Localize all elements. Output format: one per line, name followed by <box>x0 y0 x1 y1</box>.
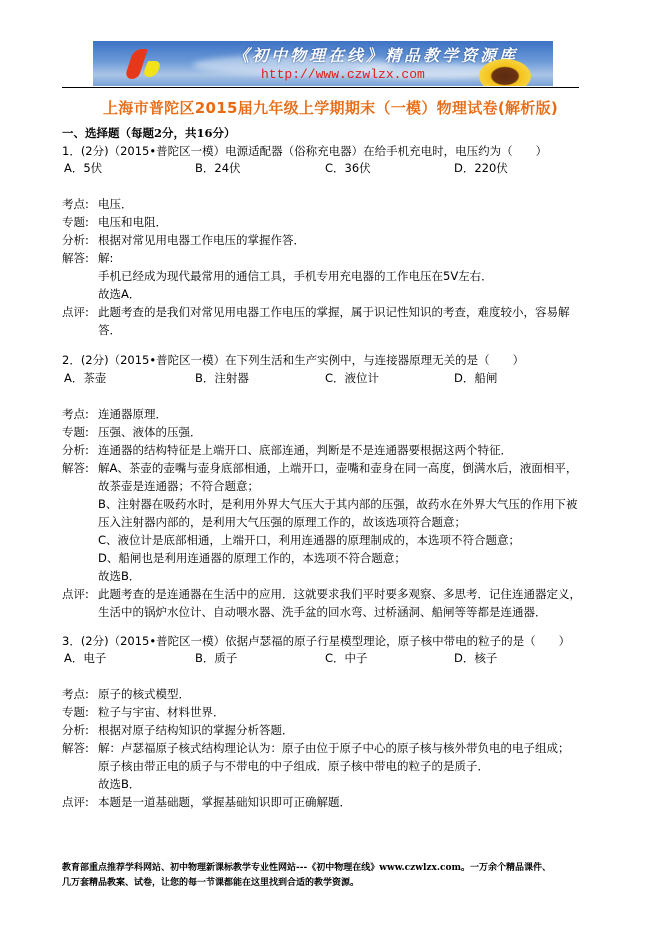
q1-kaodian-label: 考点: <box>62 197 89 211</box>
q3-kaodian-label: 考点: <box>62 687 89 701</box>
q3-jieda-label: 解答: <box>62 741 89 755</box>
footer-line: 教育部重点推荐学科网站、初中物理新课标教学专业性网站---《初中物理在线》www… <box>62 862 551 874</box>
q2-jieda-line: B、注射器在吸药水时，是利用外界大气压大于其内部的压强，故药水在外界大气压的作用… <box>98 497 577 511</box>
q2-option-b: B．注射器 <box>195 371 249 385</box>
q1-option-b: B．24伏 <box>195 161 241 175</box>
q1-dianping-line: 答． <box>98 323 121 337</box>
q1-option-a: A．5伏 <box>64 161 102 175</box>
q1-kaodian: 电压． <box>98 197 133 211</box>
q2-zhuanti: 压强、液体的压强． <box>98 425 202 439</box>
q1-option-c: C．36伏 <box>325 161 371 175</box>
logo-yellow-icon <box>142 61 162 77</box>
footer-line: 几万套精品教案、试卷，让您的每一节课都能在这里找到合适的教学资源。 <box>62 877 359 889</box>
q1-zhuanti: 电压和电阻． <box>98 215 167 229</box>
q2-fenxi: 连通器的结构特征是上端开口、底部连通，判断是不是连通器要根据这两个特征． <box>98 443 512 457</box>
banner-url[interactable]: http://www.czwlzx.com <box>261 67 425 82</box>
q2-kaodian-label: 考点: <box>62 407 89 421</box>
q3-option-d: D．核子 <box>454 651 497 665</box>
header-rule <box>62 87 579 88</box>
q1-option-d: D．220伏 <box>454 161 508 175</box>
question-1-stem: 1．(2分)（2015•普陀区一模）电源适配器（俗称充电器）在给手机充电时，电压… <box>62 144 547 158</box>
header-banner: 《初中物理在线》精品教学资源库 http://www.czwlzx.com <box>93 41 553 86</box>
q1-dianping-label: 点评: <box>62 305 89 319</box>
q2-jieda-line: 故茶壶是连通器；不符合题意； <box>98 479 259 493</box>
q2-fenxi-label: 分析: <box>62 443 89 457</box>
q3-jieda-line: 原子核由带正电的质子与不带电的中子组成．原子核中带电的粒子的是质子． <box>98 759 489 773</box>
q2-jieda-line: C、液位计是底部相通，上端开口，利用连通器的原理制成的，本选项不符合题意； <box>98 533 520 547</box>
q2-jieda-line: 压入注射器内部的，是利用大气压强的原理工作的，故该选项符合题意； <box>98 515 466 529</box>
banner-title: 《初中物理在线》精品教学资源库 <box>233 43 518 66</box>
question-3-stem: 3．(2分)（2015•普陀区一模）依据卢瑟福的原子行星模型理论，原子核中带电的… <box>62 634 570 648</box>
q1-jieda-line: 解: <box>98 251 113 265</box>
q3-zhuanti-label: 专题: <box>62 705 89 719</box>
q3-fenxi: 根据对原子结构知识的掌握分析答题． <box>98 723 294 737</box>
q1-fenxi-label: 分析: <box>62 233 89 247</box>
q3-fenxi-label: 分析: <box>62 723 89 737</box>
q3-dianping-line: 本题是一道基础题，掌握基础知识即可正确解题． <box>98 795 351 809</box>
q3-option-b: B．质子 <box>195 651 237 665</box>
q3-dianping-label: 点评: <box>62 795 89 809</box>
q3-option-c: C．中子 <box>325 651 368 665</box>
q1-jieda-label: 解答: <box>62 251 89 265</box>
q2-jieda-line: 故选B． <box>98 569 140 583</box>
q2-option-d: D．船闸 <box>454 371 497 385</box>
q1-jieda-line: 故选A． <box>98 287 140 301</box>
q3-option-a: A．电子 <box>64 651 106 665</box>
sunflower-icon <box>479 59 531 86</box>
q3-jieda-line: 解：卢瑟福原子核式结构理论认为：原子由位于原子中心的原子核与核外带负电的电子组成… <box>98 741 570 755</box>
q2-jieda-line: 解A、茶壶的壶嘴与壶身底部相通，上端开口，壶嘴和壶身在同一高度，倒满水后，液面相… <box>98 461 577 475</box>
q3-jieda-line: 故选B． <box>98 777 140 791</box>
q2-jieda-label: 解答: <box>62 461 89 475</box>
q2-option-c: C．液位计 <box>325 371 379 385</box>
q2-dianping-line: 生活中的锅炉水位计、自动喂水器、洗手盆的回水弯、过桥涵洞、船闸等等都是连通器． <box>98 605 547 619</box>
section-heading: 一、选择题（每题2分，共16分） <box>62 126 236 140</box>
question-2-stem: 2．(2分)（2015•普陀区一模）在下列生活和生产实例中，与连接器原理无关的是… <box>62 353 524 367</box>
q1-fenxi: 根据对常见用电器工作电压的掌握作答． <box>98 233 305 247</box>
q2-zhuanti-label: 专题: <box>62 425 89 439</box>
q3-zhuanti: 粒子与宇宙、材料世界． <box>98 705 225 719</box>
q1-jieda-line: 手机已经成为现代最常用的通信工具，手机专用充电器的工作电压在5V左右． <box>98 269 493 283</box>
q2-jieda-line: D、船闸也是利用连通器的原理工作的，本选项不符合题意； <box>98 551 406 565</box>
document-title: 上海市普陀区2015届九年级上学期期末（一模）物理试卷(解析版) <box>0 97 661 118</box>
q1-zhuanti-label: 专题: <box>62 215 89 229</box>
q3-kaodian: 原子的核式模型． <box>98 687 190 701</box>
q2-dianping-label: 点评: <box>62 587 89 601</box>
q2-option-a: A．茶壶 <box>64 371 106 385</box>
q2-dianping-line: 此题考查的是连通器在生活中的应用．这就要求我们平时要多观察、多思考．记住连通器定… <box>98 587 581 601</box>
q2-kaodian: 连通器原理． <box>98 407 167 421</box>
q1-dianping-line: 此题考查的是我们对常见用电器工作电压的掌握，属于识记性知识的考查，难度较小，容易… <box>98 305 570 319</box>
